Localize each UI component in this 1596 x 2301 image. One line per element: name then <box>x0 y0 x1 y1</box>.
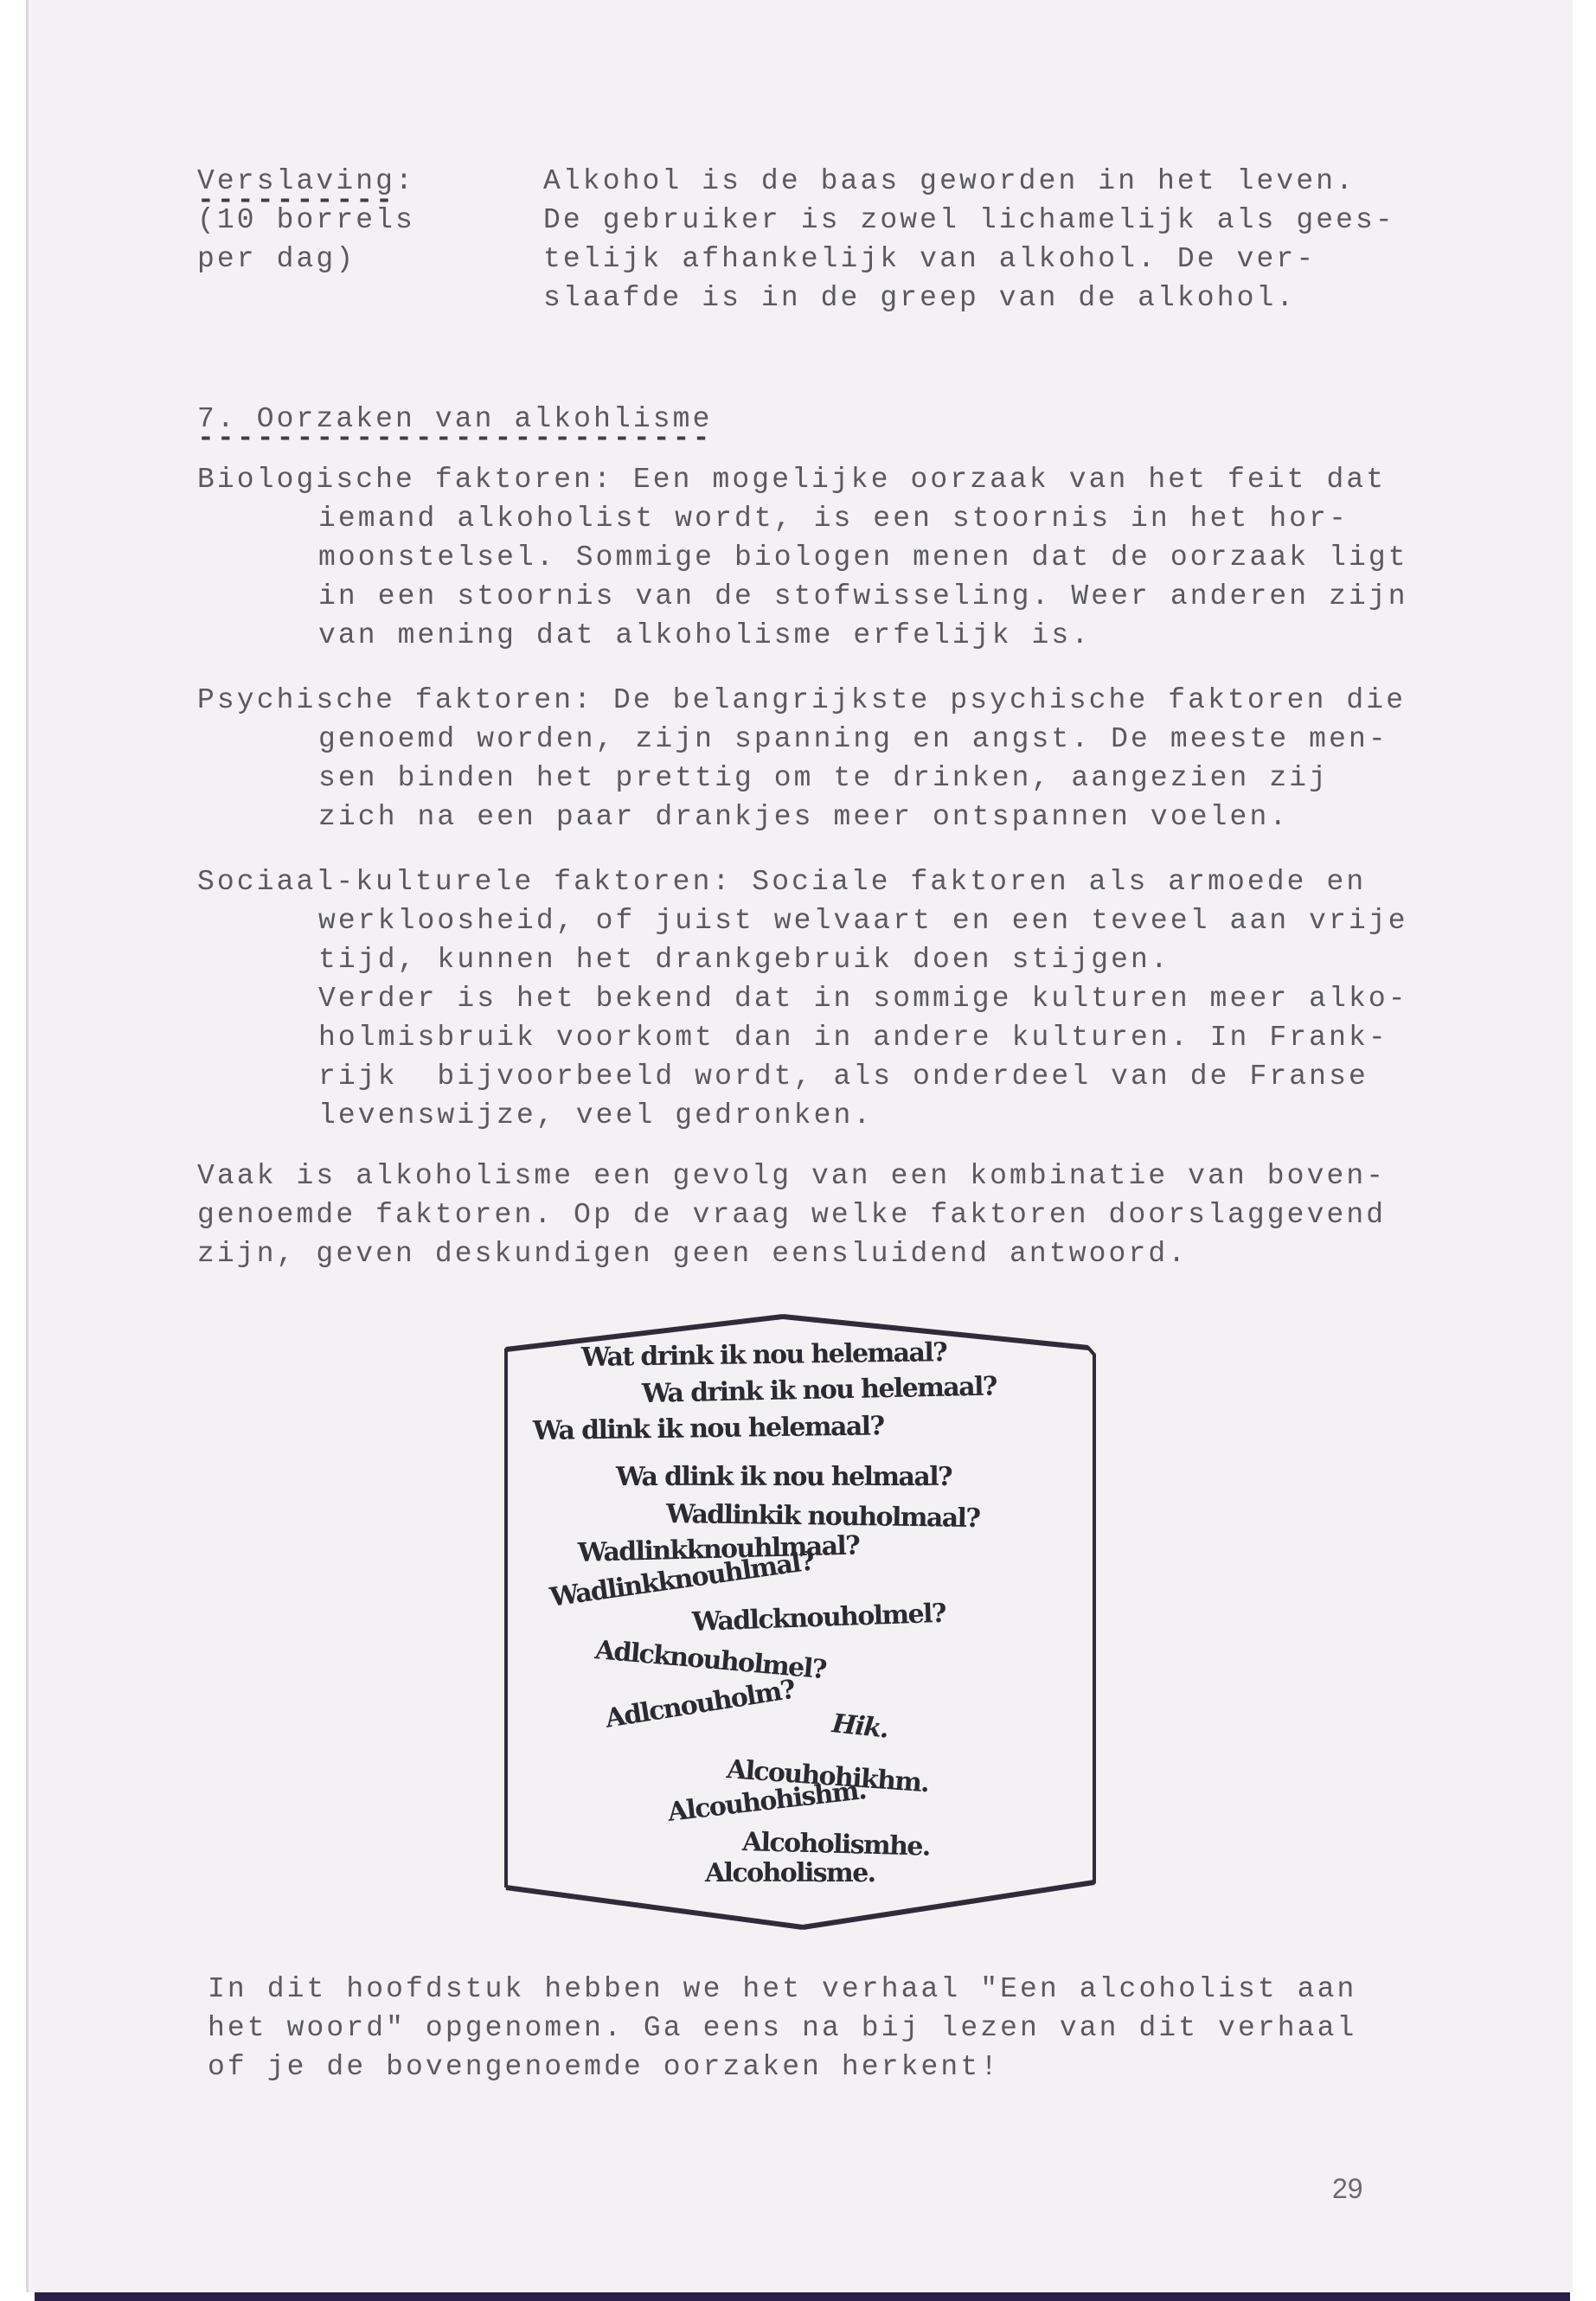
illustration-line: Alcoholismhe. <box>742 1827 931 1862</box>
illustration-line: Wadlinkik nouholmaal? <box>666 1499 980 1534</box>
illustration-line: Wa dlink ik nou helemaal? <box>533 1411 884 1446</box>
summary-line: Vaak is alkoholisme een gevolg van een k… <box>197 1157 1386 1195</box>
closing-line: of je de bovengenoemde oorzaken herkent! <box>208 2048 1000 2086</box>
factor-biological-line: in een stoornis van de stofwisseling. We… <box>318 577 1408 616</box>
factor-biological-line: iemand alkoholist wordt, is een stoornis… <box>318 499 1349 538</box>
factor-biological-first-line: Biologische faktoren: Een mogelijke oorz… <box>197 460 1386 499</box>
binding-band <box>35 2292 1570 2301</box>
summary-line: genoemde faktoren. Op de vraag welke fak… <box>197 1195 1386 1234</box>
illustration-line: Wat drink ik nou helemaal? <box>581 1337 947 1373</box>
factor-biological-line: moonstelsel. Sommige biologen menen dat … <box>318 538 1408 577</box>
factor-sociocultural-line: Verder is het bekend dat in sommige kult… <box>318 979 1408 1018</box>
factor-biological-line: van mening dat alkoholisme erfelijk is. <box>318 616 1091 655</box>
verslaving-text-line: Alkohol is de baas geworden in het leven… <box>543 162 1356 201</box>
factor-sociocultural-line: rijk bijvoorbeeld wordt, als onderdeel v… <box>318 1057 1368 1096</box>
factor-sociocultural-line: holmisbruik voorkomt dan in andere kultu… <box>318 1018 1388 1057</box>
factor-psychological-first-line: Psychische faktoren: De belangrijkste ps… <box>197 681 1406 720</box>
summary-line: zijn, geven deskundigen geen eensluidend… <box>197 1234 1188 1273</box>
factor-sociocultural-line: werkloosheid, of juist welvaart en een t… <box>318 901 1408 940</box>
factor-sociocultural-first-line: Sociaal-kulturele faktoren: Sociale fakt… <box>197 862 1366 901</box>
verslaving-sublabel-line: (10 borrels <box>197 201 415 240</box>
page-number: 29 <box>1332 2173 1363 2205</box>
factor-psychological-line: genoemd worden, zijn spanning en angst. … <box>318 720 1388 759</box>
illustration-line: Wa dlink ik nou helmaal? <box>616 1462 952 1492</box>
factor-sociocultural-line: tijd, kunnen het drankgebruik doen stijg… <box>318 940 1170 979</box>
book-page <box>26 0 1573 2292</box>
verslaving-sublabel-line: per dag) <box>197 240 356 279</box>
illustration-line-hik: Hik. <box>830 1708 889 1745</box>
factor-sociocultural-line: levenswijze, veel gedronken. <box>318 1096 873 1135</box>
section-heading-underline: -------------------------- <box>197 430 712 447</box>
closing-line: In dit hoofdstuk hebben we het verhaal "… <box>208 1970 1356 2009</box>
verslaving-text-line: telijk afhankelijk van alkohol. De ver- <box>543 240 1316 279</box>
factor-psychological-line: sen binden het prettig om te drinken, aa… <box>318 759 1329 798</box>
closing-line: het woord" opgenomen. Ga eens na bij lez… <box>208 2009 1356 2048</box>
illustration-line: Alcoholisme. <box>705 1858 875 1888</box>
verslaving-text-line: De gebruiker is zowel lichamelijk als ge… <box>543 201 1395 240</box>
factor-psychological-line: zich na een paar drankjes meer ontspanne… <box>318 798 1289 836</box>
verslaving-text-line: slaafde is in de greep van de alkohol. <box>543 279 1296 317</box>
